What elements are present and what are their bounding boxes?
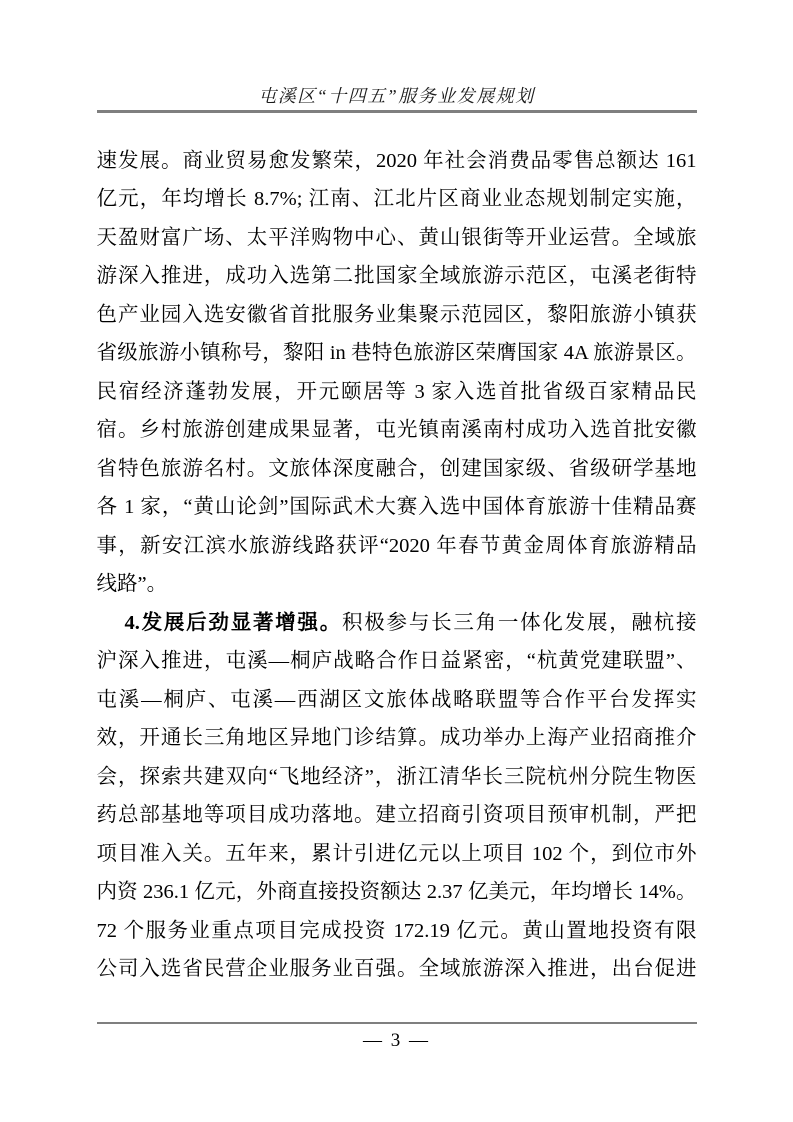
body-paragraph: 4.发展后劲显著增强。积极参与长三角一体化发展，融杭接 沪深入推进，屯溪—桐庐战…: [97, 604, 697, 989]
body-line: 省特色旅游名村。文旅体深度融合，创建国家级、省级研学基地: [97, 450, 697, 489]
body-line: 效，开通长三角地区异地门诊结算。成功举办上海产业招商推介: [97, 719, 697, 758]
paragraph-lead: 4.发展后劲显著增强。: [125, 612, 343, 634]
body-line: 省级旅游小镇称号，黎阳 in 巷特色旅游区荣膺国家 4A 旅游景区。: [97, 334, 697, 373]
body-line: 线路”。: [97, 565, 697, 604]
body-line: 药总部基地等项目成功落地。建立招商引资项目预审机制，严把: [97, 796, 697, 835]
body-line: 项目准入关。五年来，累计引进亿元以上项目 102 个，到位市外: [97, 835, 697, 874]
body-line: 宿。乡村旅游创建成果显著，屯光镇南溪南村成功入选首批安徽: [97, 411, 697, 450]
page-number: — 3 —: [97, 1026, 697, 1056]
body-line: 天盈财富广场、太平洋购物中心、黄山银街等开业运营。全域旅: [97, 219, 697, 258]
document-body: 速发展。商业贸易愈发繁荣，2020 年社会消费品零售总额达 161 亿元，年均增…: [97, 142, 697, 989]
body-line: 游深入推进，成功入选第二批国家全域旅游示范区，屯溪老街特: [97, 257, 697, 296]
document-page: 屯溪区“十四五”服务业发展规划 速发展。商业贸易愈发繁荣，2020 年社会消费品…: [0, 0, 793, 1122]
body-line: 各 1 家，“黄山论剑”国际武术大赛入选中国体育旅游十佳精品赛: [97, 488, 697, 527]
header-rule: [97, 110, 697, 113]
body-line: 内资 236.1 亿元，外商直接投资额达 2.37 亿美元，年均增长 14%。: [97, 873, 697, 912]
footer-rule: [97, 1022, 697, 1025]
body-paragraph: 速发展。商业贸易愈发繁荣，2020 年社会消费品零售总额达 161 亿元，年均增…: [97, 142, 697, 604]
page-footer: — 3 —: [97, 1022, 697, 1057]
body-line: 公司入选省民营企业服务业百强。全域旅游深入推进，出台促进: [97, 950, 697, 989]
body-line: 会，探索共建双向“飞地经济”，浙江清华长三院杭州分院生物医: [97, 758, 697, 797]
paragraph-lead-rest: 积极参与长三角一体化发展，融杭接: [342, 612, 696, 634]
body-line: 屯溪—桐庐、屯溪—西湖区文旅体战略联盟等合作平台发挥实: [97, 681, 697, 720]
body-line: 4.发展后劲显著增强。积极参与长三角一体化发展，融杭接: [97, 604, 697, 643]
body-line: 事，新安江滨水旅游线路获评“2020 年春节黄金周体育旅游精品: [97, 527, 697, 566]
body-line: 亿元，年均增长 8.7%; 江南、江北片区商业业态规划制定实施，: [97, 180, 697, 219]
body-line: 色产业园入选安徽省首批服务业集聚示范园区，黎阳旅游小镇获: [97, 296, 697, 335]
header-title: 屯溪区“十四五”服务业发展规划: [97, 84, 697, 108]
body-line: 沪深入推进，屯溪—桐庐战略合作日益紧密，“杭黄党建联盟”、: [97, 642, 697, 681]
page-header: 屯溪区“十四五”服务业发展规划: [97, 84, 697, 113]
body-line: 72 个服务业重点项目完成投资 172.19 亿元。黄山置地投资有限: [97, 912, 697, 951]
body-line: 民宿经济蓬勃发展，开元颐居等 3 家入选首批省级百家精品民: [97, 373, 697, 412]
body-line: 速发展。商业贸易愈发繁荣，2020 年社会消费品零售总额达 161: [97, 142, 697, 181]
